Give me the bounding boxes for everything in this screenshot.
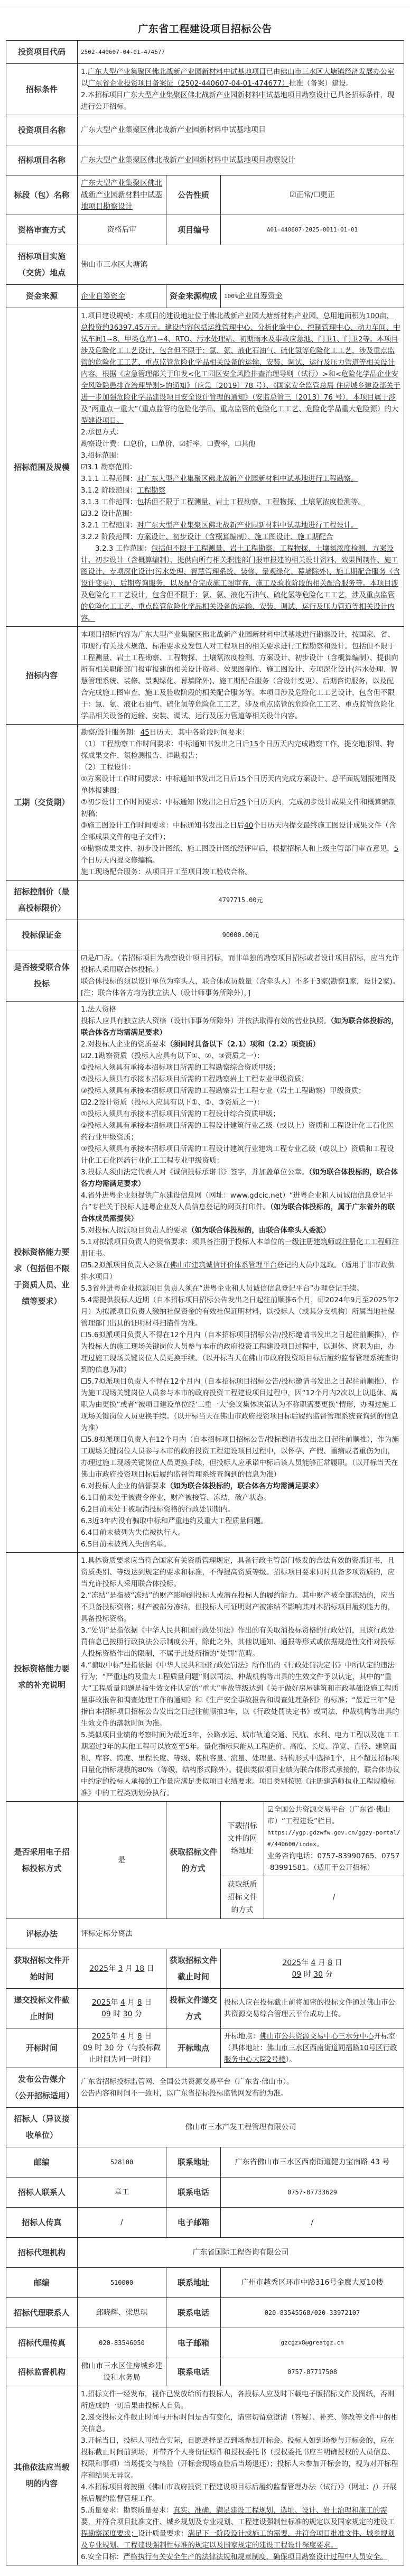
platform-check: ☑全国公共资源交易平台（广东省·佛山市）“工程建设”栏目。: [267, 1804, 400, 1827]
bold-note: （如为联合体投标的，由联合体牵头人委派）: [188, 1226, 330, 1235]
text: 3.1.2 阶段范围：工程勘察: [81, 485, 400, 496]
nature-value: ☑正常/☐更正: [221, 175, 404, 215]
content-value: 本项目招标内容为广东大型产业集聚区佛北战新产业园新材料中试基地进行勘察设计，按国…: [78, 627, 404, 725]
tender-name-label: 招标项目名称: [6, 145, 78, 175]
year: 2025: [89, 1965, 108, 1973]
submit-method-value: 投标人应在投标截止前将加密的投标文件通过佛山市公共资源交易综合管理云平台成功上传…: [221, 1989, 404, 2028]
day: 8: [137, 1998, 142, 2007]
note-item: 4.“骗取中标”是指依据《中华人民共和国行政处罚法》所作出的《行政处罚决定书》中…: [81, 1660, 400, 1729]
note-item: 3.“处罚”是指依据《中华人民共和国行政处罚法》作出的有关取消投标资格的行政处罚…: [81, 1625, 400, 1660]
row-qualification: 投标资格能力要求（包括但不限于资质人员、业绩等要求） 1.法人资格投标人应具有独…: [6, 1002, 404, 1553]
text: ☑2.1勘察资质（投标人应具有以下①、②、③资质之一）：: [81, 1052, 264, 1060]
row-tenderer: 招标人（异议接收单位） 佛山市三水产发工程管理有限公司: [6, 2108, 404, 2147]
text: 严格执行有关安全生产的法律法规和规章制度，确保项目勘察设计过程中人员安全。: [123, 2553, 387, 2561]
scope-label: 招标范围及规模: [6, 308, 78, 627]
consortium-label: 是否接受联合体投标: [6, 950, 78, 1002]
paper-value: /: [264, 1876, 404, 1919]
qualification-item: 3.投标人须由法定代表人对《诚信投标承诺书》签字，并加盖单位公章。（如为联合体投…: [81, 1166, 400, 1190]
other-item: 5.质量要求：勘察质量要求：真实、准确，满足建设工程规划、选址、设计、岩土治理和…: [81, 2505, 400, 2551]
row-supervisor: 招标监督机构 佛山市三水区住房城乡建设和水务局 联系电话 0757-877175…: [6, 2358, 404, 2386]
text: 3.2.2 阶段范围：: [81, 533, 137, 541]
year: 2025: [92, 1998, 111, 2007]
text: ②投标人须具有承接本招标项目所需的工程勘察岩土工程专业甲级资质；: [81, 1075, 309, 1083]
text: ①方案设计工作时间要求：中标通知书发出之日后: [81, 775, 237, 783]
row-agency-zip: 邮编 510000 联系地址 广州市越秀区环市中路316号金鹰大厦10楼: [6, 2268, 404, 2298]
hour: 09: [83, 2044, 92, 2052]
qualification-item: 4.省外进粤企业须提供广东建设信息网（网址：www.gdcic.net）“进粤企…: [81, 1190, 400, 1225]
text: 包括但不限于工程测量、岩土工程勘察、工程物探、土壤氡浓度检测、方案设计、初步设计…: [81, 544, 400, 623]
text: 2.本招标项目: [81, 91, 123, 99]
qualification-item: ☐5.6拟派项目负责人不得在12个月内（自本招标项目招标公告/投标邀请书发出之日…: [81, 1329, 400, 1376]
other-label: 其他依法应当载明的内容: [6, 2386, 78, 2565]
text: 6.2目前未处于被取消投标资格的行政处罚期内。: [81, 1505, 235, 1514]
text: 3.1.1 工程范围：对广东大型产业集聚区佛北战新产业园新材料中试基地进行工程勘…: [81, 473, 400, 485]
supervisor-label: 招标监督机构: [6, 2358, 78, 2386]
email-label: 电子邮箱: [166, 2328, 221, 2358]
row-conditions: 招标条件 1.广东大型产业集聚区佛北战新产业园新材料中试基地项目已由佛山市三水区…: [6, 64, 404, 115]
fee-options: 勘察设计费：☐总价，☐单价，☑折率，☐费率，☐其他: [81, 438, 400, 450]
qualification-item: 6.4目前未被列为失信被执行人。: [81, 1527, 400, 1539]
text: ①投标人须具有承接本招标项目所需的工程勘察综合资质甲级；: [81, 1063, 280, 1072]
media-label: 发布公告媒介（公开招标适用）: [6, 2068, 78, 2108]
row-location: 招标项目实施（交货）地点 佛山市三水区大塘镇: [6, 245, 404, 285]
other-item: 1.招标文件一经发布，视作已发放给所有投标人，各投标人应及时下载电子版招标文件及…: [81, 2388, 400, 2412]
other-item: 4.本招标项目将按照《佛山市政府投资工程建设项目标后履约监督管理办法（试行）》（…: [81, 2481, 400, 2505]
text: 对广东大型产业集聚区佛北战新产业园新材料中试基地进行工程勘察。: [137, 475, 358, 483]
phone-value: 0757-87717508: [221, 2358, 404, 2386]
year: 2025: [282, 1959, 301, 1967]
electronic-value: 是: [78, 1802, 166, 1919]
other-item: 6.安全目标：严格执行有关安全生产的法律法规和规章制度，确保项目勘察设计过程中人…: [81, 2551, 400, 2563]
row-deposit: 投标保证金 90000.00元: [6, 920, 404, 950]
text: 3.1.1 工程范围：: [81, 475, 137, 483]
qual-review-label: 资格审查方式: [6, 215, 78, 245]
row-other: 其他依法应当载明的内容 1.招标文件一经发布，视作已发放给所有投标人，各投标人应…: [6, 2386, 404, 2565]
text: ②初步设计工作时间要求：中标通知书发出之日后25个日历天内，完成初步设计成果文件…: [81, 796, 400, 820]
underlined-text: 佛山市建筑诚信评价体系管理平台: [170, 1261, 277, 1270]
minute: 30: [105, 2044, 114, 2052]
row-media: 发布公告媒介（公开招标适用） 广东省招标投标监管网、全国公共资源交易平台（广东省…: [6, 2068, 404, 2108]
invest-name-value: 广东大型产业集聚区佛北战新产业园新材料中试基地项目: [78, 115, 404, 145]
zip-label: 邮编: [6, 2147, 78, 2177]
qualification-item: 投标人应具有独立法人资格（设计师事务所除外）并依法取得有效的营业执照。（如为联合…: [81, 1015, 400, 1039]
row-tenderer-zip: 邮编 528100 联系地址 广东省佛山市三水区西南街道健力宝南路 43 号: [6, 2147, 404, 2177]
qualification-item: 1.法人资格: [81, 1004, 400, 1015]
contact-value: 邱晓辉、梁思琪: [78, 2298, 166, 2328]
submit-method-label: 投标文件递交方式: [166, 1989, 221, 2028]
funding-label: 资金来源: [6, 285, 78, 308]
text: ②初步设计工作时间要求：中标通知书发出之日后: [81, 798, 237, 807]
funding-composition-label: 资金来源构成: [166, 285, 221, 308]
download-link[interactable]: https://ygp.gdzwfw.gov.cn/ggzy-portal/#/…: [267, 1827, 400, 1850]
qual-note-value: 1.具体资质要求应当符合国家有关资质管理规定，具备行政主管部门核发的合法有效的资…: [78, 1553, 404, 1802]
text: ③投标人须具有承接本招标项目所需的工程勘察岩土工程专业（岩土工程勘察）甲级资质；: [81, 1087, 366, 1095]
days: 15: [237, 775, 246, 783]
text: 3.2.3 工作范围：包括但不限于工程测量、岩土工程勘察、工程物探、土壤氡浓度检…: [81, 543, 400, 624]
text: ）。: [286, 2055, 296, 2064]
text: 开标地点：: [224, 2032, 260, 2041]
text: 投标人应具有独立法人资格（设计师事务所除外）并依法取得有效的营业执照。: [81, 1017, 331, 1025]
download-label: 下载招标文件的网络地址: [221, 1802, 264, 1876]
text: 3.2.1 工程范围：对广东大型产业集聚区佛北战新产业园新材料中试基地进行工程设…: [81, 520, 400, 531]
page-title: 广东省工程建设项目招标公告: [6, 21, 404, 35]
other-item: 2.递交投标文件截止时间与开标时间是否有变化，请密切留意澄清（答疑）、补充、修改…: [81, 2412, 400, 2435]
address-value: 广东省佛山市三水区西南街道健力宝南路 43 号: [221, 2147, 404, 2177]
month: 4: [120, 2032, 125, 2041]
text: 勘察/设计服务期：45日历天，其中各阶段时间要求：: [81, 727, 400, 738]
qualification-item: 5.对投标人拟派项目负责人的要求（如为联合体投标的，由联合体牵头人委派）: [81, 1225, 400, 1236]
qualification-item: 2.对投标人企业的资质要求（须同时具备以下（2.1）项和（2.2）项资质）: [81, 1039, 400, 1050]
ceiling-price-label: 招标控制价（最高投标限价）: [6, 881, 78, 920]
project-code-value: A01-440607-2025-0011-01-01: [221, 215, 404, 245]
note-item: 1.具体资质要求应当符合国家有关资质管理规定，具备行政主管部门核发的合法有效的资…: [81, 1555, 400, 1590]
qualification-item: 6.3近3年内没有骗取中标和严重违约及重大工程质量问题。: [81, 1515, 400, 1527]
text: 3.1.3 工作范围：包括但不限于工程测量、岩土工程勘察、工程物探、土壤氡浓度检…: [81, 496, 400, 508]
qualification-item: ☑2.1勘察资质（投标人应具有以下①、②、③资质之一）：: [81, 1050, 400, 1062]
contact-value: 章工: [78, 2177, 166, 2208]
qualification-label: 投标资格能力要求（包括但不限于资质人员、业绩等要求）: [6, 1002, 78, 1553]
eval-method-label: 评标办法: [6, 1919, 78, 1949]
row-consortium: 是否接受联合体投标 ☑是/☐否。（若招标项目为勘察设计项目招标，而非单独的勘察项…: [6, 950, 404, 1002]
text: （2）工程设计：: [81, 762, 400, 773]
row-agency-fax: 招标代理传真 020-83546050 电子邮箱 gzcgzx8@greatgz…: [6, 2328, 404, 2358]
funding-value: 企业自筹资金: [78, 285, 166, 308]
text: ☐5.8拟派项目负责人在12个月内（自本招标项目招标公告/投标邀请书发出之日起往…: [81, 1435, 399, 1479]
phone-label: 联系电话: [166, 2177, 221, 2208]
row-tenderer-fax: 招标人传真 / 电子邮箱 /: [6, 2208, 404, 2238]
text: 5.3省外进粤企业拟派项目负责人须在“进粤企业和人员诚信信息登记平台”办理登记手…: [81, 1284, 364, 1293]
obtain-method-label: 获取招标文件的方式: [166, 1802, 221, 1919]
obtain-end-label: 获取招标文件截止时间: [166, 1949, 221, 1989]
hour: 09: [292, 1970, 301, 1979]
qual-note-label: 投标资格能力要求的补充说明: [6, 1553, 78, 1802]
day: 18: [135, 1965, 144, 1973]
conditions-label: 招标条件: [6, 64, 78, 115]
qualification-item: 6.5目前未被列入失信名单。: [81, 1539, 400, 1550]
address-label: 联系地址: [166, 2147, 221, 2177]
text: [注：联合体各方均为独立法人（设计师事务所除外）。]: [81, 987, 400, 999]
location-label: 招标项目实施（交货）地点: [6, 245, 78, 285]
row-submit: 递交投标文件截止时间 2025年 4 月 8 日09 时 30 分 投标文件递交…: [6, 1989, 404, 2028]
text: ④勘察成果文件、初步设计图纸、施工图设计图纸经评审后，根据招标人和上级主管部门审…: [81, 843, 400, 866]
eval-method-value: 评标定标分离法: [78, 1919, 404, 1949]
qualification-value: 1.法人资格投标人应具有独立法人资格（设计师事务所除外）并依法取得有效的营业执照…: [78, 1002, 404, 1553]
qualification-item: ☐5.7拟派项目负责人不得在12个月内（自本招标项目招标公告/投标邀请书发出之日…: [81, 1376, 400, 1434]
nature-label: 公告性质: [166, 175, 221, 215]
qualification-item: 6.对投标人企业的信誉要求（如为联合体投标的，联合体各方均需满足要求）: [81, 1480, 400, 1492]
row-invest-name: 投资项目名称 广东大型产业集聚区佛北战新产业园新材料中试基地项目: [6, 115, 404, 145]
opening-place-label: 开标地点: [166, 2028, 221, 2068]
opening-place-value: 开标地点：佛山市公共资源交易中心三水分中心开标室（具体地址：佛山市三水区西南街道…: [221, 2028, 404, 2068]
deposit-label: 投标保证金: [6, 920, 78, 950]
phone-value: 0757-87733629: [221, 2177, 404, 2208]
zip-label: 邮编: [6, 2268, 78, 2298]
zip-value: 510000: [78, 2268, 166, 2298]
underlined-text: 一级注册建筑师或注册化工工程师: [285, 1238, 392, 1246]
project-code-label: 项目编号: [166, 215, 221, 245]
text: 方案设计、初步设计（含概算编制）、施工图设计、施工期配合: [137, 533, 333, 541]
tender-name-value: 广东大型产业集聚区佛北战新产业园新材料中试基地项目勘察设计: [78, 145, 404, 175]
submit-deadline-label: 递交投标文件截止时间: [6, 1989, 78, 2028]
obtain-start-label: 获取招标文件开始时间: [6, 1949, 78, 1989]
text: 日历天，其中各阶段时间要求：: [150, 728, 249, 737]
row-ceiling-price: 招标控制价（最高投标限价） 4797715.00元: [6, 881, 404, 920]
fax-label: 招标代理传真: [6, 2328, 78, 2358]
obtain-end-value: 2025年 4 月 8 日09 时 30 分: [221, 1949, 404, 1989]
fax-value: 020-83546050: [78, 2328, 166, 2358]
days: 40: [244, 821, 253, 830]
text: 6.1目前未处于被责令停业，财产被接管、冻结，破产状态。: [81, 1494, 271, 1502]
other-item: 3.开标当日，投标人可结合实际，自愿选择是否到场参加开标会。投标人如到场参与开标…: [81, 2435, 400, 2481]
funding-pct: 100%: [224, 293, 238, 300]
row-agency: 招标代理机构 广东省国际工程咨询有限公司: [6, 2238, 404, 2268]
days: 15: [249, 740, 258, 748]
paper-label: 获取纸质招标文件的方式: [221, 1876, 264, 1919]
row-period: 工期（交货期） 勘察/设计服务期：45日历天，其中各阶段时间要求： （1）工程勘…: [6, 725, 404, 881]
text: ①方案设计工作时间要求：中标通知书发出之日后15个日历天内完成方案设计、总平面规…: [81, 773, 400, 796]
phone-value: 020-83545568/020-33972107: [221, 2298, 404, 2328]
text: 以: [81, 79, 88, 88]
bold-note: （须同时具备以下（2.1）项和（2.2）项资质）: [166, 1040, 320, 1049]
row-scope: 招标范围及规模 1.项目建设规模：本项目的建设地址位于佛北战新产业园大塘新材料产…: [6, 308, 404, 627]
text: 3.2.3 工作范围：: [95, 544, 151, 553]
qualification-item: ①投标人须具有承接本招标项目所需的工程设计综合资质甲级；: [81, 1108, 400, 1120]
invest-name-label: 投资项目名称: [6, 115, 78, 145]
row-obtain-time: 获取招标文件开始时间 2025年 3 月 18 日 获取招标文件截止时间 202…: [6, 1949, 404, 1989]
text: 1.项目建设规模：: [81, 312, 137, 320]
text: 5.4需提供投标人近期（自本招标项目招标公告发出之日起往前顺推6个月，即2024…: [81, 1296, 399, 1328]
other-value: 1.招标文件一经发布，视作已发放给所有投标人，各投标人应及时下载电子版招标文件及…: [78, 2386, 404, 2565]
text: 3.2.2 阶段范围：方案设计、初步设计（含概算编制）、施工图设计、施工期配合: [81, 531, 400, 543]
note-item: 2.“冻结”是指被“冻结”的财产影响到投标人或潜在投标人的履约能力。其中财产被全…: [81, 1590, 400, 1625]
invest-code-value: 2502-440607-04-01-474677: [78, 41, 404, 64]
row-opening: 开标时间 2025年 4 月 8 日09 时 30 分（与投标截止时间为同一时间…: [6, 2028, 404, 2068]
row-invest-code: 投资项目代码 2502-440607-04-01-474677: [6, 41, 404, 64]
conditions-value: 1.广东大型产业集聚区佛北战新产业园新材料中试基地项目已由佛山市三水区大塘镇经济…: [78, 64, 404, 115]
qualification-item: 6.1目前未处于被责令停业，财产被接管、冻结，破产状态。: [81, 1492, 400, 1504]
contact-label: 招标人联系人: [6, 2177, 78, 2208]
text: 6.安全目标：: [81, 2553, 123, 2561]
qualification-item: ☐5.8拟派项目负责人在12个月内（自本招标项目招标公告/投标邀请书发出之日起往…: [81, 1434, 400, 1480]
agency-label: 招标代理机构: [6, 2238, 78, 2268]
email-value: /: [221, 2208, 404, 2238]
qual-review-value: 资格后审: [78, 215, 166, 245]
text: ☑2.2设计资质（投标人应具有以下①、②、③资质之一）：: [81, 1098, 264, 1107]
text: （1）工程勘察工作时间要求：中标通知书发出之日后: [81, 740, 249, 748]
bold-note: （如为联合体投标的，联合体各方均需满足要求）: [166, 1482, 323, 1490]
row-funding: 资金来源 企业自筹资金 资金来源构成 100%企业自筹资金: [6, 285, 404, 308]
text: 3.1.3 工作范围：: [81, 498, 137, 506]
year: 2025: [92, 2032, 111, 2041]
text: 3.1.2 阶段范围：: [81, 486, 137, 495]
period-value: 勘察/设计服务期：45日历天，其中各阶段时间要求： （1）工程勘察工作时间要求：…: [78, 725, 404, 881]
text: ①投标人须具有承接本招标项目所需的工程设计综合资质甲级；: [81, 1110, 280, 1118]
row-tender-name: 招标项目名称 广东大型产业集聚区佛北战新产业园新材料中试基地项目勘察设计: [6, 145, 404, 175]
row-tenderer-contact: 招标人联系人 章工 联系电话 0757-87733629: [6, 2177, 404, 2208]
text: 1.: [81, 68, 88, 76]
minute: 30: [313, 1970, 323, 1979]
project-name: 广东大型产业集聚区佛北战新产业园新材料中试基地项目: [88, 68, 266, 76]
zip-value: 528100: [78, 2147, 166, 2177]
submit-deadline-value: 2025年 4 月 8 日09 时 30 分: [78, 1989, 166, 2028]
row-agency-contact: 招标代理联系人 邱晓辉、梁思琪 联系电话 020-83545568/020-33…: [6, 2298, 404, 2328]
agency-value: 广东省国际工程咨询有限公司: [78, 2238, 404, 2268]
supervisor-value: 佛山市三水区住房城乡建设和水务局: [78, 2358, 166, 2386]
text: 5.质量要求：勘察质量要求：: [81, 2506, 173, 2515]
days: 45: [141, 728, 150, 737]
tenderer-value: 佛山市三水产发工程管理有限公司: [78, 2108, 404, 2147]
text: ②投标人须具有承接本招标项目所需的工程设计建筑行业乙级（或以上）资质和工程设计化…: [81, 1122, 394, 1142]
day: 8: [328, 1959, 332, 1967]
minute: 30: [123, 2010, 133, 2018]
day: 8: [137, 2032, 142, 2041]
phone-label: 联系电话: [166, 2358, 221, 2386]
text: 2.承包方式：: [81, 427, 400, 438]
row-qual-note: 投标资格能力要求的补充说明 1.具体资质要求应当符合国家有关资质管理规定，具备行…: [6, 1553, 404, 1802]
text: 1.法人资格: [81, 1005, 116, 1014]
text: 3.投标人须由法定代表人对《诚信投标承诺书》签字，并加盖单位公章。: [81, 1168, 309, 1176]
opening-time-label: 开标时间: [6, 2028, 78, 2068]
deposit-value: 90000.00元: [78, 920, 404, 950]
text: ☐5.6拟派项目负责人不得在12个月内（自本招标项目招标公告/投标邀请书发出之日…: [81, 1331, 399, 1374]
text: 公告内容和时间不一致时，以广东省招标投标监管网发布的为准。: [81, 2088, 400, 2099]
phone-label: 联系电话: [166, 2298, 221, 2328]
fax-value: /: [78, 2208, 166, 2238]
qualification-item: 5.3省外进粤企业拟派项目负责人须在“进粤企业和人员诚信信息登记平台”办理登记手…: [81, 1283, 400, 1294]
text: 个日历天内提交修编稿。: [81, 856, 160, 865]
row-eval-method: 评标办法 评标定标分离法: [6, 1919, 404, 1949]
hotline: 业务咨询电话：0757-83990765、0757-83991581。（适用于公…: [267, 1850, 400, 1874]
text: 施工现场配合服务：从项目开工至项目竣工验收合格。: [81, 866, 400, 878]
text: 6.4目前未被列为失信被执行人。: [81, 1528, 185, 1537]
section-label: 标段（包）名称: [6, 175, 78, 215]
tender-name: 广东大型产业集聚区佛北战新产业园新材料中试基地项目勘察设计: [123, 91, 330, 99]
consortium-value: ☑是/☐否。（若招标项目为勘察设计项目招标，而非单独的勘察项目招标或者设计项目招…: [78, 950, 404, 1002]
approval-doc: 广东省企业投资项目备案证（2502-440607-04-01-474677）: [88, 79, 289, 88]
text: 4.本招标项目将按照《佛山市政府投资工程建设项目标后履约监督管理办法（试行）》（…: [81, 2483, 373, 2491]
ceiling-price-value: 4797715.00元: [78, 881, 404, 920]
text: ③施工图设计工作时间要求：中标通知书发出之日后: [81, 821, 244, 830]
text: 三水分中心: [338, 2032, 374, 2041]
obtain-start-value: 2025年 3 月 18 日: [78, 1949, 166, 1989]
top-divider: [0, 0, 410, 5]
qualification-item: ☑2.2设计资质（投标人应具有以下①、②、③资质之一）：: [81, 1097, 400, 1108]
download-value: ☑全国公共资源交易平台（广东省·佛山市）“工程建设”栏目。 https://yg…: [264, 1802, 404, 1876]
period-label: 工期（交货期）: [6, 725, 78, 881]
text: 佛山市公共资源交易中心: [260, 2032, 339, 2041]
invest-code-label: 投资项目代码: [6, 41, 78, 64]
qualification-item: ②投标人须具有承接本招标项目所需的工程勘察岩土工程专业甲级资质；: [81, 1073, 400, 1085]
text: 2.对投标人企业的资质要求: [81, 1040, 166, 1049]
qualification-item: ☑5.2拟派项目负责人必须在佛山市建筑诚信评价体系管理平台登记的人员中选取。（适…: [81, 1259, 400, 1283]
email-value[interactable]: gzcgzx8@greatgz.cn: [221, 2328, 404, 2358]
text: 对广东大型产业集聚区佛北战新产业园新材料中试基地进行工程设计。: [137, 521, 358, 530]
tenderer-label: 招标人（异议接收单位）: [6, 2108, 78, 2147]
text: ☐5.7拟派项目负责人不得在12个月内（自本招标项目招标公告/投标邀请书发出之日…: [81, 1377, 399, 1432]
text: ③施工图设计工作时间要求：中标通知书发出之日后40个日历天内提交最终施工图设计成…: [81, 820, 400, 843]
text: 5.对投标人拟派项目负责人的要求: [81, 1226, 188, 1235]
location-value: 佛山市三水区大塘镇: [78, 245, 404, 285]
qualification-item: ①投标人须具有承接本招标项目所需的工程勘察综合资质甲级；: [81, 1062, 400, 1073]
month: 4: [311, 1959, 315, 1967]
qualification-item: ③投标人须具有承接本招标项目所需的工程勘察岩土工程专业（岩土工程勘察）甲级资质；: [81, 1085, 400, 1097]
text: 联合体投标的须以设计单位为牵头人，联合体成员数量（含牵头人）不多于3家(勘察1家…: [81, 976, 400, 987]
design-scope-check: ☑3.2 设计范围：: [81, 508, 400, 520]
row-content: 招标内容 本项目招标内容为广东大型产业集聚区佛北战新产业园新材料中试基地进行勘察…: [6, 627, 404, 725]
text: ③投标人须具有承接本招标项目所需的工程设计建筑行业建筑工程专业乙级（或以上）资质…: [81, 1145, 394, 1165]
row-section: 标段（包）名称 广东大型产业集聚区佛北战新产业园新材料中试基地项目勘察设计 公告…: [6, 175, 404, 215]
text: 批准（备案）建设。: [289, 79, 353, 88]
qualification-item: 5.1对拟派项目负责人的资格要求：须具备注册于投标人本单位的一级注册建筑师或注册…: [81, 1236, 400, 1259]
contact-label: 招标代理联系人: [6, 2298, 78, 2328]
qualification-item: ③投标人须具有承接本招标项目所需的工程设计建筑行业建筑工程专业乙级（或以上）资质…: [81, 1143, 400, 1166]
qualification-item: ②投标人须具有承接本招标项目所需的工程设计建筑行业乙级（或以上）资质和工程设计化…: [81, 1120, 400, 1143]
text: ☑是/☐否。（若招标项目为勘察设计项目招标，而非单独的勘察项目招标或者设计项目招…: [81, 952, 400, 976]
electronic-label: 是否采用电子招标投标方式: [6, 1802, 78, 1919]
row-qual-review: 资格审查方式 资格后审 项目编号 A01-440607-2025-0011-01…: [6, 215, 404, 245]
approver: 佛山市三水区大塘镇经济发展办公室: [280, 68, 394, 76]
text: 3.2.1 工程范围：: [81, 521, 137, 530]
text: 勘察/设计服务期：: [81, 728, 141, 737]
qualification-item: 5.4需提供投标人近期（自本招标项目招标公告发出之日起往前顺推6个月，即2024…: [81, 1294, 400, 1329]
announcement-page: 广东省工程建设项目招标公告 投资项目代码 2502-440607-04-01-4…: [0, 21, 410, 2576]
survey-scope-check: ☑3.1 勘察范围：: [81, 461, 400, 473]
address-label: 联系地址: [166, 2268, 221, 2298]
funding-comp-text: 企业自筹资金: [238, 292, 283, 300]
address-value: 广州市越秀区环市中路316号金鹰大厦10楼: [221, 2268, 404, 2298]
fax-label: 招标人传真: [6, 2208, 78, 2238]
text: 5.1对拟派项目负责人的资格要求：须具备注册于投标人本单位的: [81, 1238, 285, 1246]
funding-composition-value: 100%企业自筹资金: [221, 285, 404, 308]
content-label: 招标内容: [6, 627, 78, 725]
text: 包括但不限于工程测量、岩土工程勘察、工程物探、土壤氡浓度检测等。: [137, 498, 365, 506]
text: 6.5目前未被列入失信名单。: [81, 1540, 171, 1549]
text: 6.3近3年内没有骗取中标和严重违约及重大工程质量问题。: [81, 1517, 268, 1525]
text: ④勘察成果文件、初步设计图纸、施工图设计图纸经评审后，根据招标人和上级主管部门审…: [81, 845, 394, 853]
announcement-table: 投资项目代码 2502-440607-04-01-474677 招标条件 1.广…: [6, 40, 404, 2565]
scale-text: 本项目的建设地址位于佛北战新产业园大塘新材料产业园，总用地面积为100亩，总投资…: [81, 312, 400, 425]
text: 工程勘察: [137, 486, 165, 495]
opening-time-value: 2025年 4 月 8 日09 时 30 分（与投标截止时间为同一时间）: [78, 2028, 166, 2068]
row-electronic-download: 是否采用电子招标投标方式 是 获取招标文件的方式 下载招标文件的网络地址 ☑全国…: [6, 1802, 404, 1876]
scope-value: 1.项目建设规模：本项目的建设地址位于佛北战新产业园大塘新材料产业园，总用地面积…: [78, 308, 404, 627]
text: 设计质量要求：: [138, 2529, 188, 2538]
opening-note: （与投标截止时间为同一时间）: [89, 2044, 161, 2064]
section-value: 广东大型产业集聚区佛北战新产业园新材料中试基地项目勘察设计: [78, 175, 166, 215]
text: （1）工程勘察工作时间要求：中标通知书发出之日后15个日历天内完成勘察工作，提交…: [81, 738, 400, 762]
text: ☑5.2拟派项目负责人必须在: [81, 1261, 170, 1270]
text: 3.招标范围：: [81, 450, 400, 461]
hour: 09: [101, 2010, 111, 2018]
text: 6.对投标人企业的信誉要求: [81, 1482, 166, 1490]
days: 25: [237, 798, 246, 807]
month: 4: [120, 1998, 125, 2007]
qualification-item: 6.2目前未处于被取消投标资格的行政处罚期内。: [81, 1504, 400, 1515]
text: 广东省招标投标监管网、全国公共资源交易平台（广东省·佛山市）。: [81, 2076, 400, 2088]
month: 3: [118, 1965, 123, 1973]
days: 5: [394, 845, 399, 853]
text: 已由: [266, 68, 280, 76]
note-item: 5.类似项目业绩的考察时间为最近3年，公路水运、城市轨道交通、民航、水利、电力工…: [81, 1729, 400, 1799]
email-label: 电子邮箱: [166, 2208, 221, 2238]
media-value: 广东省招标投标监管网、全国公共资源交易平台（广东省·佛山市）。 公告内容和时间不…: [78, 2068, 404, 2108]
